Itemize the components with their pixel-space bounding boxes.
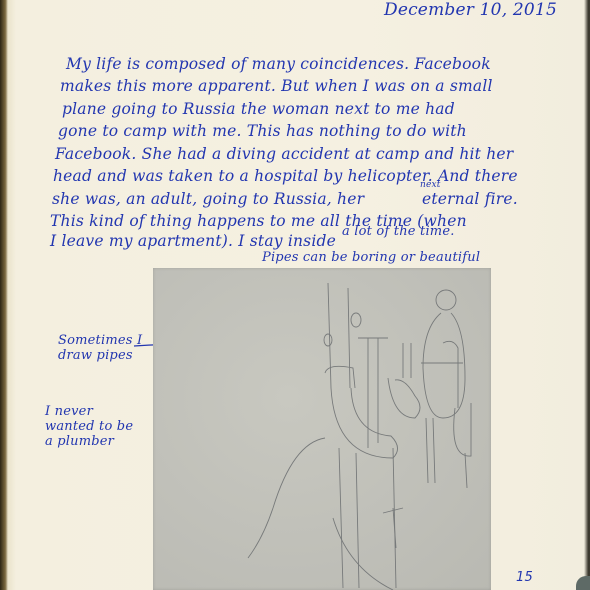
pipe-sketch (153, 268, 491, 590)
page-number: 15 (516, 570, 533, 585)
side-note-plumber: I never wanted to be a plumber (45, 404, 135, 449)
journal-page: December 10, 2015 My life is composed of… (0, 0, 590, 590)
entry-date: December 10, 2015 (384, 0, 557, 20)
paragraph-line: I leave my apartment). I stay inside (50, 232, 336, 250)
paragraph-line: plane going to Russia the woman next to … (62, 100, 455, 118)
page-edge (584, 0, 590, 590)
inserted-word: next (420, 180, 441, 190)
book-binding (0, 0, 8, 590)
paragraph-line: head and was taken to a hospital by heli… (53, 167, 518, 185)
paragraph-line: gone to camp with me. This has nothing t… (58, 122, 467, 140)
paragraph-line-tail: eternal fire. (422, 190, 518, 208)
drawing-caption: Pipes can be boring or beautiful (262, 250, 480, 265)
pipe-drawing (153, 268, 491, 590)
paragraph-line: makes this more apparent. But when I was… (60, 77, 493, 95)
inserted-phrase: a lot of the time. (342, 224, 455, 239)
paragraph-line: Facebook. She had a diving accident at c… (55, 145, 513, 163)
paragraph-line: My life is composed of many coincidences… (66, 55, 491, 73)
page-corner (576, 576, 590, 590)
paragraph-line: she was, an adult, going to Russia, her (52, 190, 364, 208)
